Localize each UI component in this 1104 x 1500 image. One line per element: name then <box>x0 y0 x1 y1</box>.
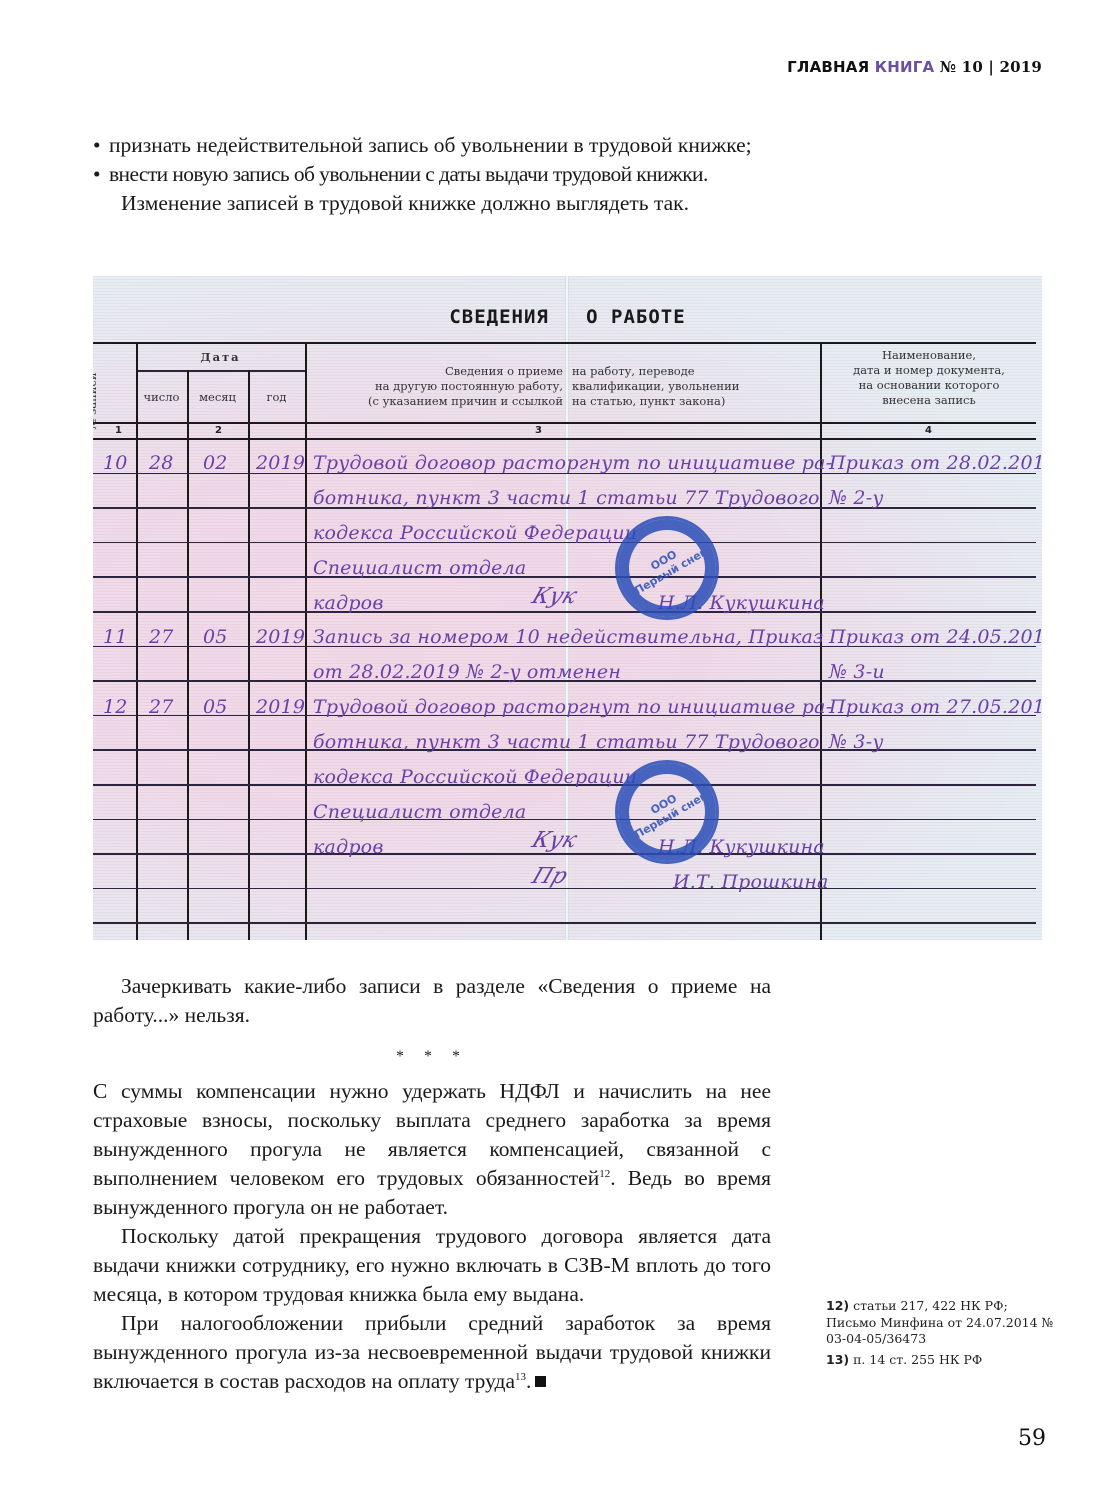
entry-month: 05 <box>203 696 228 718</box>
col-divider-2 <box>305 342 307 940</box>
entry-document-line: № 3-и <box>829 661 885 683</box>
header-info-right: на работу, переводе квалификации, увольн… <box>572 364 812 409</box>
intro-block: признать недействительной запись об увол… <box>93 131 771 218</box>
footnote-text: п. 14 ст. 255 НК РФ <box>853 1352 982 1367</box>
footnote-number: 12) <box>826 1298 849 1313</box>
paragraph-text: . <box>526 1369 531 1393</box>
col-number-1: 1 <box>115 425 122 436</box>
entry-document-line: № 3-у <box>829 731 884 753</box>
entry-month: 05 <box>203 626 228 648</box>
header-doc-line: на основании которого <box>822 378 1036 393</box>
header-info-line: квалификации, увольнении <box>572 379 812 394</box>
header-day: число <box>136 390 187 405</box>
entry-day: 27 <box>149 626 174 648</box>
entry-text-line: ботника, пункт 3 части 1 статьи 77 Трудо… <box>313 487 820 509</box>
header-doc-line: Наименование, <box>822 348 1036 363</box>
paragraph: С суммы компенсации нужно удержать НДФЛ … <box>93 1077 771 1222</box>
entry-text-line: кодекса Российской Федерации <box>313 766 637 788</box>
ruled-line <box>93 576 1036 578</box>
col-number-2: 2 <box>215 425 222 436</box>
header-info-left: Сведения о приеме на другую постоянную р… <box>305 364 563 409</box>
bullet-item: признать недействительной запись об увол… <box>93 131 771 160</box>
footnote: 13) п. 14 ст. 255 НК РФ <box>826 1352 1056 1369</box>
separator: * * * <box>93 1042 771 1071</box>
signature-icon: Кук <box>528 584 580 609</box>
entry-document-line: № 2-у <box>829 487 884 509</box>
entry-document-line: Приказ от 28.02.2019 <box>829 452 1042 474</box>
footnote-text: статьи 217, 422 НК РФ; Письмо Минфина от… <box>826 1298 1053 1346</box>
title-left: СВЕДЕНИЯ <box>449 306 549 328</box>
header-info-line: (с указанием причин и ссылкой <box>305 394 563 409</box>
header-info-line: на работу, переводе <box>572 364 812 379</box>
col-number-4: 4 <box>925 425 932 436</box>
header-document: Наименование, дата и номер документа, на… <box>822 348 1036 408</box>
ruled-line <box>93 922 1036 924</box>
ruled-line <box>93 819 1036 821</box>
header-bottom-line <box>93 422 1036 424</box>
paragraph-text: При налогообложении прибыли средний зара… <box>93 1311 771 1393</box>
entry-document-line: Приказ от 27.05.2019 <box>829 696 1042 718</box>
entry-text-line: Специалист отдела <box>313 557 526 579</box>
entry-text-line: Трудовой договор расторгнут по инициатив… <box>313 696 832 718</box>
signature-icon: Кук <box>528 828 580 853</box>
entry-signature-name: И.Т. Прошкина <box>673 871 829 893</box>
paragraph: Зачеркивать какие-либо записи в разделе … <box>93 972 771 1030</box>
entry-document-line: Приказ от 24.05.2019 <box>829 626 1042 648</box>
page-number: 59 <box>1018 1426 1046 1451</box>
footnote-ref[interactable]: 13 <box>515 1371 526 1383</box>
entry-day: 27 <box>149 696 174 718</box>
entry-no: 11 <box>103 626 128 648</box>
paragraph: При налогообложении прибыли средний зара… <box>93 1309 771 1396</box>
header-date: Дата <box>136 350 305 365</box>
entry-no: 10 <box>103 452 128 474</box>
ruled-line <box>93 611 1036 613</box>
entry-year: 2019 <box>256 452 305 474</box>
header-doc-line: дата и номер документа, <box>822 363 1036 378</box>
table-top-line <box>93 342 1036 344</box>
entry-text-line: Запись за номером 10 недействительна, Пр… <box>313 626 824 648</box>
stamp-icon: ООО"Первый снег" <box>615 516 719 620</box>
header-info-line: Сведения о приеме <box>305 364 563 379</box>
entry-text-line: ботника, пункт 3 части 1 статьи 77 Трудо… <box>313 731 820 753</box>
entry-day: 28 <box>149 452 174 474</box>
entry-year: 2019 <box>256 696 305 718</box>
footnote-number: 13) <box>826 1352 849 1367</box>
header-info-line: на другую постоянную работу, <box>305 379 563 394</box>
body-block: Зачеркивать какие-либо записи в разделе … <box>93 972 771 1396</box>
ruled-line <box>93 888 1036 890</box>
bullet-item: внести новую запись об увольнении с даты… <box>93 160 771 189</box>
brand-name-part1: ГЛАВНАЯ <box>787 58 869 76</box>
running-header: ГЛАВНАЯ КНИГА № 10 | 2019 <box>787 58 1042 76</box>
entry-month: 02 <box>203 452 228 474</box>
entry-text-line: кадров <box>313 592 384 614</box>
entry-year: 2019 <box>256 626 305 648</box>
header-month: месяц <box>187 390 248 405</box>
col-number-3: 3 <box>535 425 542 436</box>
date-sub-line <box>136 370 305 372</box>
brand-name-part2: КНИГА <box>875 58 935 76</box>
entry-text-line: Специалист отдела <box>313 801 526 823</box>
entry-text-line: от 28.02.2019 № 2-у отменен <box>313 661 621 683</box>
stamp-icon: ООО"Первый снег" <box>615 760 719 864</box>
workbook-scan: СВЕДЕНИЯ О РАБОТЕ № записи Дата число ме… <box>93 276 1042 940</box>
footnote-ref[interactable]: 12 <box>599 1168 610 1180</box>
ruled-line <box>93 853 1036 855</box>
header-info-line: на статью, пункт закона) <box>572 394 812 409</box>
entry-text-line: Трудовой договор расторгнут по инициатив… <box>313 452 832 474</box>
entry-text-line: кадров <box>313 836 384 858</box>
header-doc-line: внесена запись <box>822 393 1036 408</box>
entry-no: 12 <box>103 696 128 718</box>
lead-paragraph: Изменение записей в трудовой книжке долж… <box>93 189 771 218</box>
entry-text-line: кодекса Российской Федерации <box>313 522 637 544</box>
title-right: О РАБОТЕ <box>586 306 686 328</box>
paragraph: Поскольку датой прекращения трудового до… <box>93 1222 771 1309</box>
issue-number: № 10 | 2019 <box>940 58 1042 76</box>
end-of-article-icon <box>535 1376 546 1387</box>
header-year: год <box>248 390 305 405</box>
workbook-title: СВЕДЕНИЯ О РАБОТЕ <box>93 306 1042 328</box>
footnote: 12) статьи 217, 422 НК РФ; Письмо Минфин… <box>826 1298 1056 1348</box>
footnotes: 12) статьи 217, 422 НК РФ; Письмо Минфин… <box>826 1298 1056 1372</box>
numbers-bottom-line <box>93 438 1036 440</box>
